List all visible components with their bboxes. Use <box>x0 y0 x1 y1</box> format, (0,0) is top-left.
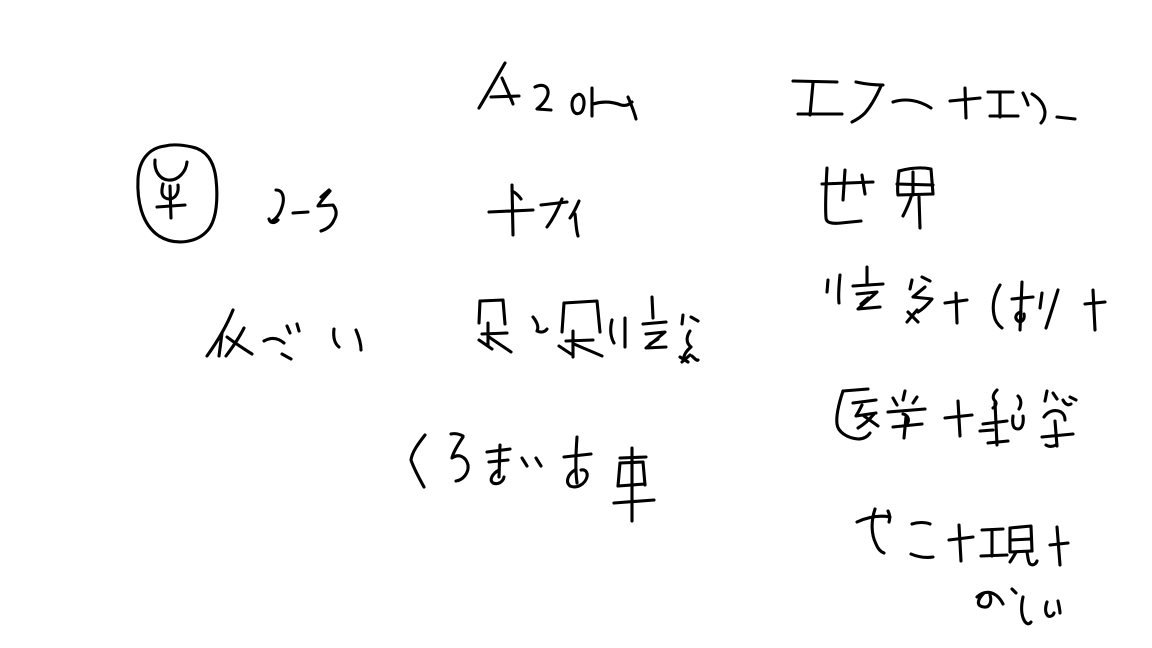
word-ashi-to-ashiba <box>479 297 698 362</box>
word-kako-plus-gen-plus <box>857 509 1068 565</box>
word-igaku-plus-kagaku <box>837 389 1076 447</box>
word-a2oh <box>479 63 636 119</box>
word-bakei-plus-suri-plus <box>827 267 1105 330</box>
word-tooi <box>489 185 579 236</box>
word-sekai <box>822 168 933 228</box>
word-air-plus-air <box>793 81 1075 123</box>
canvas-area <box>0 0 1152 648</box>
word-2-3 <box>269 190 336 231</box>
symbol-mercury-circled <box>138 145 217 242</box>
drawing-canvas <box>0 0 1152 648</box>
word-mirai <box>977 589 1060 624</box>
word-kuruma-okuruma <box>411 434 654 521</box>
word-image <box>207 310 361 359</box>
